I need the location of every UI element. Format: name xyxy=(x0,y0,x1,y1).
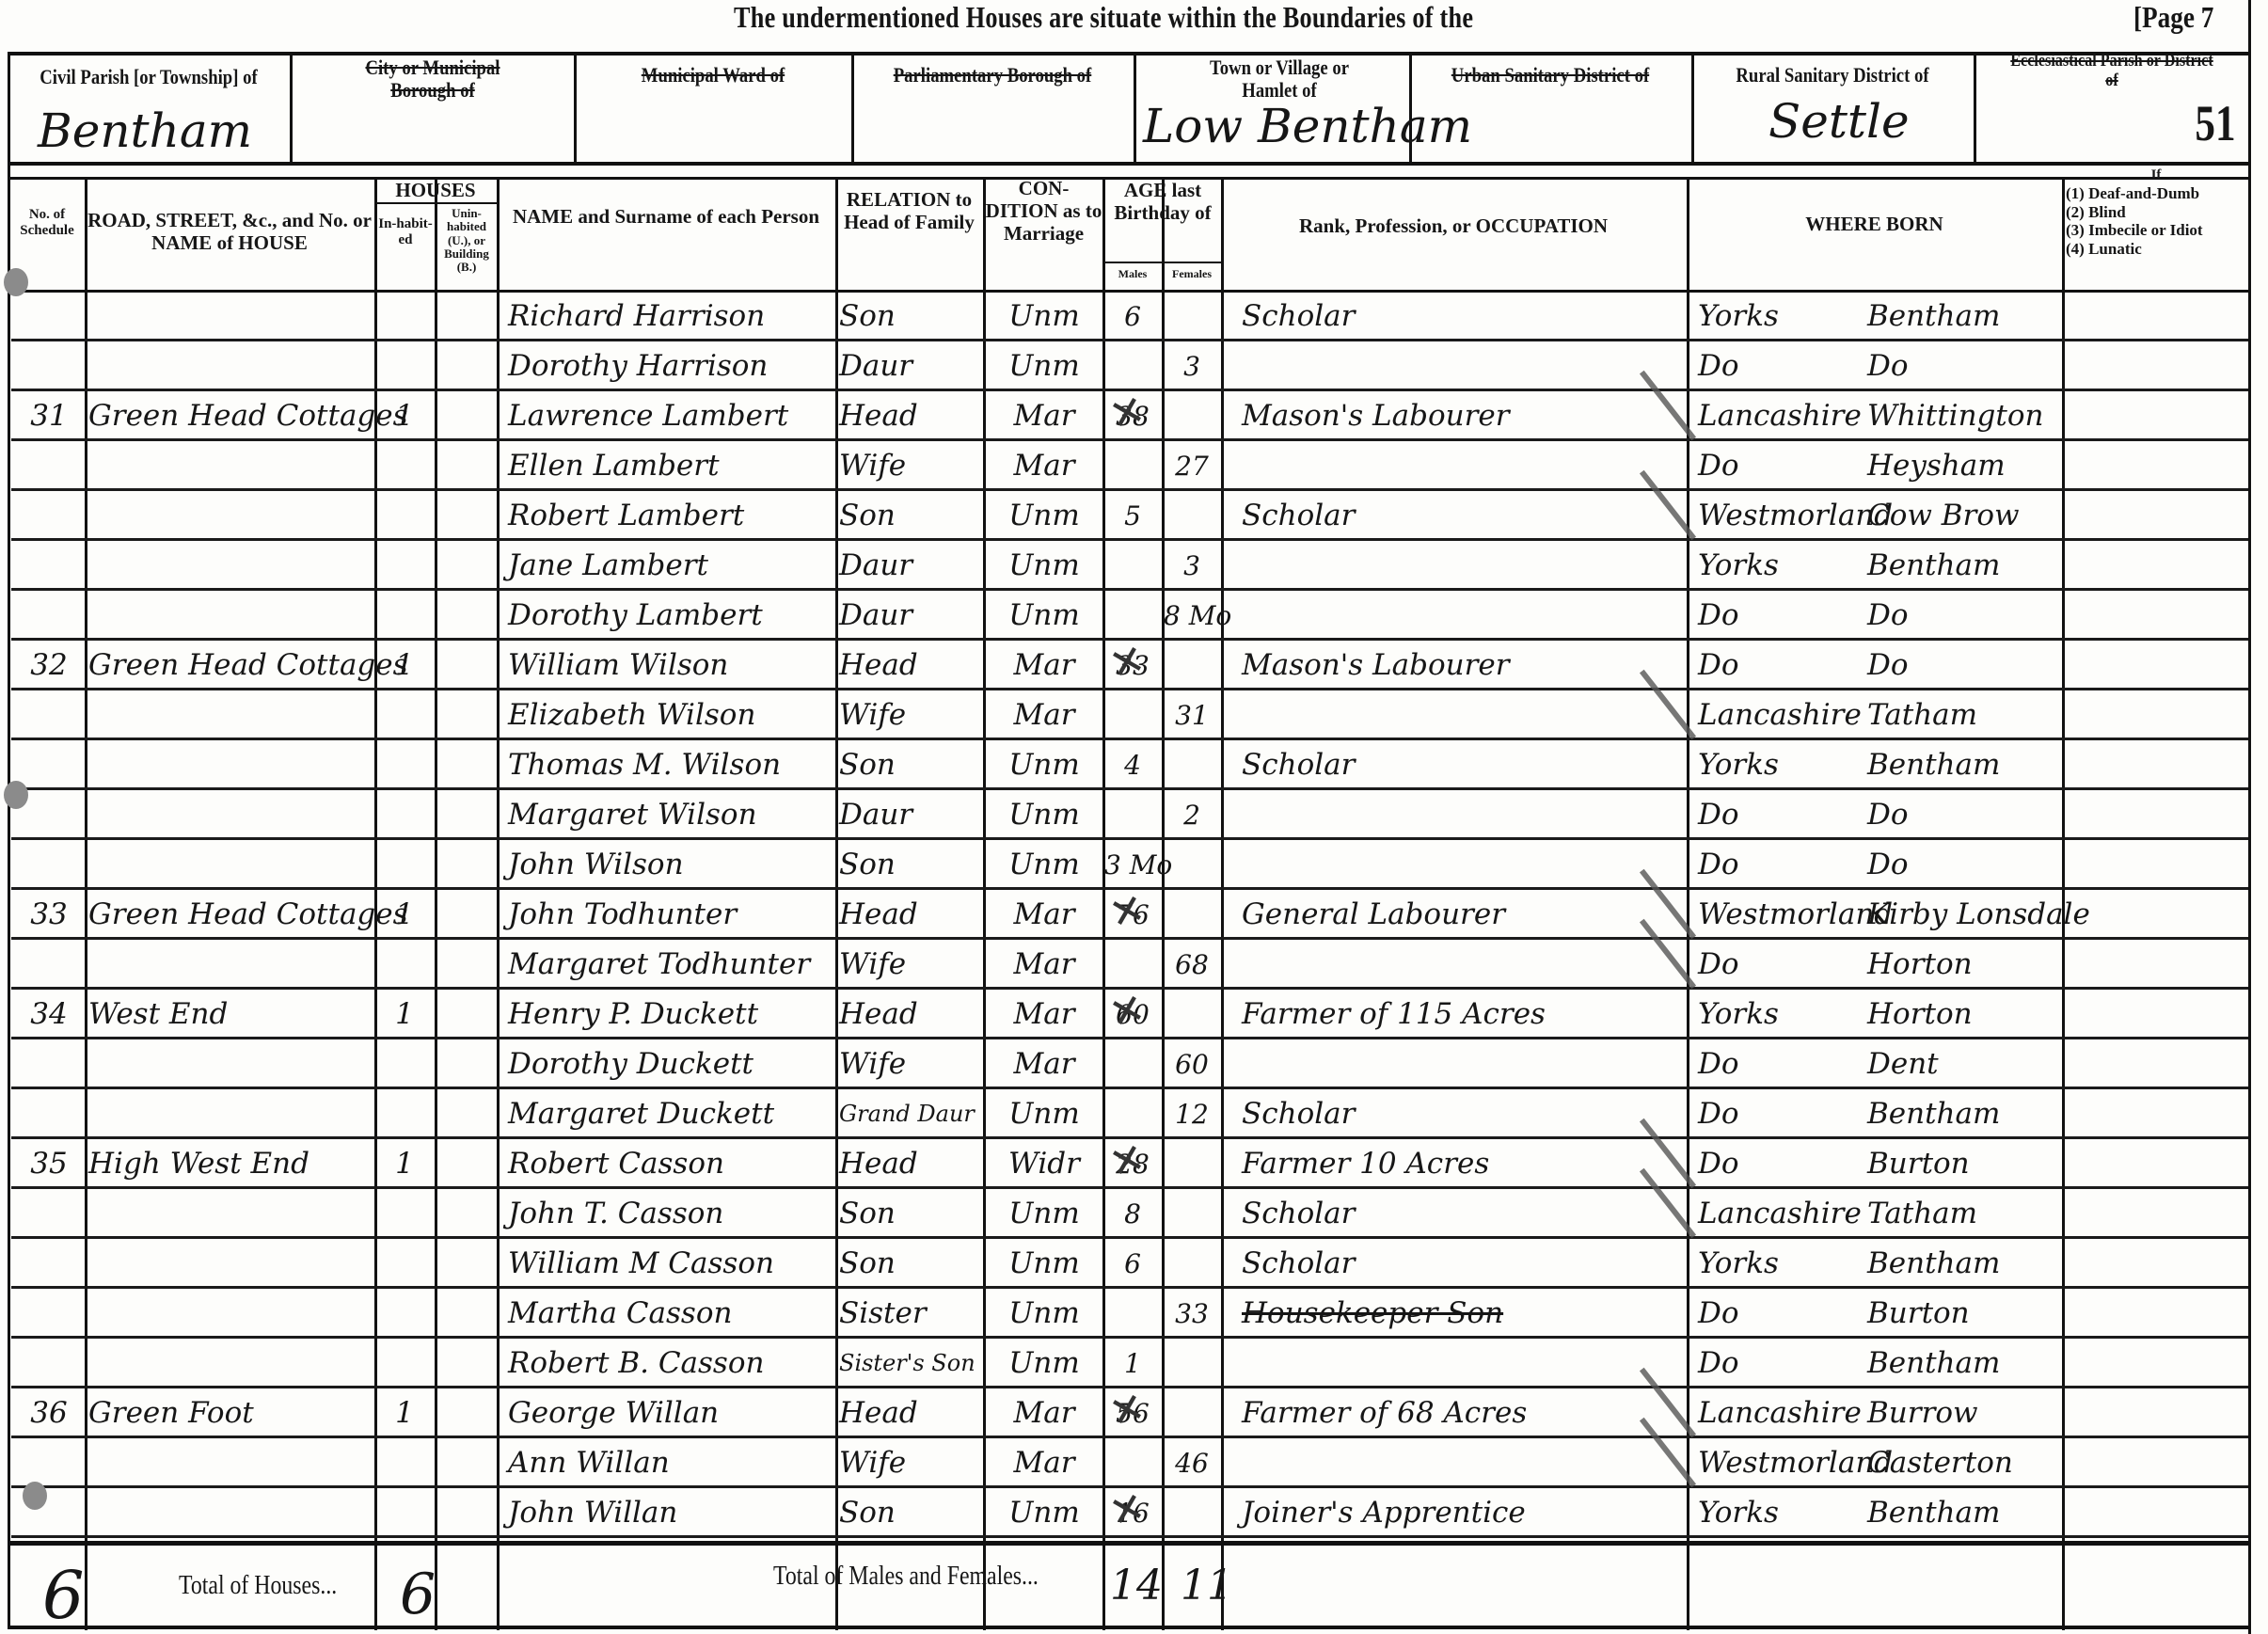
col-name: NAME and Surname of each Person xyxy=(499,205,833,228)
marital-condition: Unm xyxy=(988,1488,1101,1538)
total-houses-label: Total of Houses... xyxy=(179,1571,337,1601)
male-age: 1 xyxy=(1104,1339,1161,1388)
occupation: Scholar xyxy=(1242,1089,1684,1139)
house-address: High West End xyxy=(88,1139,371,1189)
female-age: 3 xyxy=(1164,341,1220,391)
occupation: Scholar xyxy=(1242,1189,1684,1239)
birth-place: Tatham xyxy=(1867,690,2060,740)
birth-county: Lancashire xyxy=(1698,1388,1867,1438)
relation: Head xyxy=(839,641,980,690)
birth-county: Do xyxy=(1698,1339,1867,1388)
col-inhabited: In-habit-ed xyxy=(376,216,435,247)
birth-county: Do xyxy=(1698,840,1867,890)
divider xyxy=(1691,54,1694,164)
birth-county: Yorks xyxy=(1698,1239,1867,1289)
marital-condition: Unm xyxy=(988,491,1101,541)
occupation: Mason's Labourer xyxy=(1242,391,1684,441)
total-persons-label: Total of Males and Females... xyxy=(773,1562,1039,1592)
birth-county: Do xyxy=(1698,1089,1867,1139)
birth-place: Burton xyxy=(1867,1139,2060,1189)
infirmity-item: (1) Deaf-and-Dumb xyxy=(2066,184,2250,203)
marital-condition: Unm xyxy=(988,1239,1101,1289)
person-name: Margaret Todhunter xyxy=(508,940,833,990)
birth-county: Do xyxy=(1698,1139,1867,1189)
person-name: William M Casson xyxy=(508,1239,833,1289)
birth-county: Do xyxy=(1698,1289,1867,1339)
person-name: Richard Harrison xyxy=(508,292,833,341)
inhabited-count: 1 xyxy=(376,990,433,1039)
punch-hole xyxy=(4,781,28,809)
person-name: Robert Lambert xyxy=(508,491,833,541)
marital-condition: Mar xyxy=(988,391,1101,441)
marital-condition: Mar xyxy=(988,690,1101,740)
marital-condition: Mar xyxy=(988,441,1101,491)
inhabited-count: 1 xyxy=(376,1388,433,1438)
marital-condition: Mar xyxy=(988,1388,1101,1438)
total-houses-value: 6 xyxy=(400,1562,436,1627)
birth-place: Bentham xyxy=(1867,1488,2060,1538)
female-age: 2 xyxy=(1164,790,1220,840)
birth-county: Do xyxy=(1698,441,1867,491)
occupation: Scholar xyxy=(1242,1239,1684,1289)
birth-place: Do xyxy=(1867,790,2060,840)
birth-county: Yorks xyxy=(1698,292,1867,341)
female-age: 3 xyxy=(1164,541,1220,591)
page-number: [Page 7 xyxy=(2133,0,2213,35)
birth-place: Do xyxy=(1867,840,2060,890)
relation: Head xyxy=(839,990,980,1039)
column-rule xyxy=(435,177,437,1630)
occupation: Joiner's Apprentice xyxy=(1242,1488,1684,1538)
female-age: 12 xyxy=(1164,1089,1220,1139)
person-name: John Todhunter xyxy=(508,890,833,940)
relation: Head xyxy=(839,890,980,940)
birth-county: Lancashire xyxy=(1698,1189,1867,1239)
person-name: Thomas M. Wilson xyxy=(508,740,833,790)
person-name: Jane Lambert xyxy=(508,541,833,591)
occupation: Housekeeper Son xyxy=(1242,1289,1684,1339)
relation: Sister xyxy=(839,1289,980,1339)
birth-place: Bentham xyxy=(1867,1339,2060,1388)
birth-county: Do xyxy=(1698,940,1867,990)
column-rule xyxy=(497,177,500,1630)
marital-condition: Widr xyxy=(988,1139,1101,1189)
divider xyxy=(851,54,854,164)
occupation: General Labourer xyxy=(1242,890,1684,940)
marital-condition: Unm xyxy=(988,740,1101,790)
column-rule xyxy=(1687,177,1689,1630)
birth-place: Horton xyxy=(1867,990,2060,1039)
relation: Daur xyxy=(839,541,980,591)
relation: Son xyxy=(839,491,980,541)
birth-county: Yorks xyxy=(1698,1488,1867,1538)
totals-bottom-rule xyxy=(8,1626,2251,1629)
person-name: George Willan xyxy=(508,1388,833,1438)
relation: Son xyxy=(839,1488,980,1538)
divider xyxy=(1134,54,1136,164)
person-name: Dorothy Lambert xyxy=(508,591,833,641)
relation: Grand Daur xyxy=(839,1089,980,1139)
totals-top-rule xyxy=(8,1541,2251,1546)
person-name: Lawrence Lambert xyxy=(508,391,833,441)
occupation: Farmer 10 Acres xyxy=(1242,1139,1684,1189)
person-name: Margaret Duckett xyxy=(508,1089,833,1139)
birth-county: Do xyxy=(1698,341,1867,391)
col-infirmity-title: If xyxy=(2064,167,2248,183)
birth-place: Burrow xyxy=(1867,1388,2060,1438)
birth-place: Bentham xyxy=(1867,1089,2060,1139)
female-age: 33 xyxy=(1164,1289,1220,1339)
infirmity-item: (4) Lunatic xyxy=(2066,240,2250,259)
field-label-rural-sanitary: Rural Sanitary District of xyxy=(1714,64,1951,87)
birth-place: Bentham xyxy=(1867,292,2060,341)
occupation: Scholar xyxy=(1242,292,1684,341)
relation: Daur xyxy=(839,341,980,391)
male-age: 6 xyxy=(1104,292,1161,341)
marital-condition: Unm xyxy=(988,1289,1101,1339)
birth-place: Casterton xyxy=(1867,1438,2060,1488)
field-value-civil-parish: Bentham xyxy=(38,103,252,158)
birth-county: Lancashire xyxy=(1698,391,1867,441)
birth-county: Do xyxy=(1698,790,1867,840)
birth-place: Whittington xyxy=(1867,391,2060,441)
marital-condition: Unm xyxy=(988,341,1101,391)
house-address: Green Head Cottages xyxy=(88,641,371,690)
female-age: 27 xyxy=(1164,441,1220,491)
marital-condition: Unm xyxy=(988,1339,1101,1388)
person-name: John Willan xyxy=(508,1488,833,1538)
birth-place: Do xyxy=(1867,641,2060,690)
female-age: 8 Mo xyxy=(1164,591,1220,641)
birth-place: Kirby Lonsdale xyxy=(1867,890,2060,940)
marital-condition: Unm xyxy=(988,790,1101,840)
col-where-born: WHERE BORN xyxy=(1689,213,2060,235)
female-age: 46 xyxy=(1164,1438,1220,1488)
col-schedule: No. of Schedule xyxy=(9,207,85,238)
birth-place: Burton xyxy=(1867,1289,2060,1339)
column-rule xyxy=(1221,177,1224,1630)
person-name: Elizabeth Wilson xyxy=(508,690,833,740)
inhabited-count: 1 xyxy=(376,1139,433,1189)
occupation: Scholar xyxy=(1242,740,1684,790)
punch-hole xyxy=(23,1482,47,1510)
relation: Wife xyxy=(839,441,980,491)
relation: Wife xyxy=(839,690,980,740)
birth-county: Do xyxy=(1698,1039,1867,1089)
relation: Son xyxy=(839,840,980,890)
female-age: 31 xyxy=(1164,690,1220,740)
header-top-rule xyxy=(8,52,2251,56)
field-label-parliamentary-borough: Parliamentary Borough of xyxy=(874,64,1111,87)
punch-hole xyxy=(4,268,28,296)
col-relation: RELATION to Head of Family xyxy=(835,188,983,233)
marital-condition: Mar xyxy=(988,1039,1101,1089)
relation: Son xyxy=(839,740,980,790)
person-name: Margaret Wilson xyxy=(508,790,833,840)
field-value-town-village: Low Bentham xyxy=(1143,99,1472,153)
house-address: West End xyxy=(88,990,371,1039)
marital-condition: Mar xyxy=(988,641,1101,690)
relation: Wife xyxy=(839,1438,980,1488)
field-label-municipal-ward: Municipal Ward of xyxy=(596,64,830,87)
col-males: Males xyxy=(1104,268,1161,280)
birth-place: Do xyxy=(1867,591,2060,641)
divider xyxy=(290,54,293,164)
document-title: The undermentioned Houses are situate wi… xyxy=(734,0,1473,35)
birth-county: Yorks xyxy=(1698,990,1867,1039)
marital-condition: Unm xyxy=(988,292,1101,341)
col-occupation: Rank, Profession, or OCCUPATION xyxy=(1223,214,1684,237)
schedule-number: 32 xyxy=(11,641,87,690)
divider xyxy=(1974,54,1976,164)
person-name: William Wilson xyxy=(508,641,833,690)
infirmity-item: (2) Blind xyxy=(2066,203,2250,222)
schedule-number: 31 xyxy=(11,391,87,441)
male-age: 3 Mo xyxy=(1104,840,1161,890)
relation: Head xyxy=(839,1139,980,1189)
relation: Son xyxy=(839,292,980,341)
header-bottom-rule xyxy=(8,162,2251,166)
birth-place: Horton xyxy=(1867,940,2060,990)
birth-place: Dent xyxy=(1867,1039,2060,1089)
relation: Wife xyxy=(839,940,980,990)
marital-condition: Mar xyxy=(988,990,1101,1039)
birth-place: Tatham xyxy=(1867,1189,2060,1239)
person-name: Dorothy Duckett xyxy=(508,1039,833,1089)
house-address: Green Head Cottages xyxy=(88,391,371,441)
marital-condition: Unm xyxy=(988,541,1101,591)
divider xyxy=(574,54,577,164)
birth-place: Bentham xyxy=(1867,740,2060,790)
col-condition: CON-DITION as to Marriage xyxy=(985,177,1102,245)
male-age: 4 xyxy=(1104,740,1161,790)
field-label-urban-sanitary: Urban Sanitary District of xyxy=(1432,64,1669,87)
schedule-number: 34 xyxy=(11,990,87,1039)
birth-county: Westmorland xyxy=(1698,890,1867,940)
column-rule xyxy=(1162,177,1165,1630)
male-age: 5 xyxy=(1104,491,1161,541)
relation: Son xyxy=(839,1189,980,1239)
person-name: John T. Casson xyxy=(508,1189,833,1239)
occupation: Scholar xyxy=(1242,491,1684,541)
person-name: Ann Willan xyxy=(508,1438,833,1488)
birth-place: Do xyxy=(1867,341,2060,391)
birth-county: Lancashire xyxy=(1698,690,1867,740)
birth-county: Yorks xyxy=(1698,541,1867,591)
marital-condition: Unm xyxy=(988,1089,1101,1139)
occupation: Farmer of 68 Acres xyxy=(1242,1388,1684,1438)
relation: Son xyxy=(839,1239,980,1289)
relation: Daur xyxy=(839,591,980,641)
birth-place: Heysham xyxy=(1867,441,2060,491)
relation: Head xyxy=(839,391,980,441)
col-infirmity-list: (1) Deaf-and-Dumb (2) Blind (3) Imbecile… xyxy=(2066,184,2250,258)
column-rule xyxy=(983,177,986,1630)
total-males: 14 xyxy=(1110,1562,1163,1610)
occupation: Farmer of 115 Acres xyxy=(1242,990,1684,1039)
male-age: 8 xyxy=(1104,1189,1161,1239)
relation: Sister's Son xyxy=(839,1339,980,1388)
birth-county: Westmorland xyxy=(1698,491,1867,541)
infirmity-item: (3) Imbecile or Idiot xyxy=(2066,221,2250,240)
marital-condition: Mar xyxy=(988,1438,1101,1488)
total-females: 11 xyxy=(1181,1562,1233,1610)
schedule-number: 33 xyxy=(11,890,87,940)
field-label-municipal-borough: City or Municipal Borough of xyxy=(337,56,529,102)
house-address: Green Head Cottages xyxy=(88,890,371,940)
relation: Head xyxy=(839,1388,980,1438)
birth-place: Bentham xyxy=(1867,541,2060,591)
column-rule xyxy=(835,177,838,1630)
inhabited-count: 1 xyxy=(376,641,433,690)
birth-county: Yorks xyxy=(1698,740,1867,790)
marital-condition: Mar xyxy=(988,890,1101,940)
schedule-number: 36 xyxy=(11,1388,87,1438)
person-name: Henry P. Duckett xyxy=(508,990,833,1039)
enumeration-district-number: 51 xyxy=(2195,94,2235,152)
marital-condition: Unm xyxy=(988,591,1101,641)
person-name: Ellen Lambert xyxy=(508,441,833,491)
relation: Daur xyxy=(839,790,980,840)
birth-place: Bentham xyxy=(1867,1239,2060,1289)
schedule-number: 35 xyxy=(11,1139,87,1189)
marital-condition: Unm xyxy=(988,1189,1101,1239)
total-schedules: 6 xyxy=(42,1557,85,1634)
occupation: Mason's Labourer xyxy=(1242,641,1684,690)
relation: Wife xyxy=(839,1039,980,1089)
field-label-ecclesiastical-parish: Ecclesiastical Parish or District of xyxy=(2004,52,2220,91)
female-age: 60 xyxy=(1164,1039,1220,1089)
male-age: 6 xyxy=(1104,1239,1161,1289)
person-name: Robert B. Casson xyxy=(508,1339,833,1388)
female-age: 68 xyxy=(1164,940,1220,990)
person-name: Robert Casson xyxy=(508,1139,833,1189)
house-address: Green Foot xyxy=(88,1388,371,1438)
col-road: ROAD, STREET, &c., and No. or NAME of HO… xyxy=(87,209,373,254)
birth-place: Cow Brow xyxy=(1867,491,2060,541)
person-name: John Wilson xyxy=(508,840,833,890)
birth-county: Westmorland xyxy=(1698,1438,1867,1488)
inhabited-count: 1 xyxy=(376,391,433,441)
field-label-civil-parish: Civil Parish [or Township] of xyxy=(29,66,269,88)
birth-county: Do xyxy=(1698,641,1867,690)
field-label-town-village: Town or Village or Hamlet of xyxy=(1199,56,1359,102)
col-uninhabited: Unin-habited (U.), or Building (B.) xyxy=(436,207,497,274)
field-value-rural-sanitary: Settle xyxy=(1768,94,1910,149)
marital-condition: Unm xyxy=(988,840,1101,890)
inhabited-count: 1 xyxy=(376,890,433,940)
person-name: Dorothy Harrison xyxy=(508,341,833,391)
birth-county: Do xyxy=(1698,591,1867,641)
marital-condition: Mar xyxy=(988,940,1101,990)
person-name: Martha Casson xyxy=(508,1289,833,1339)
col-females: Females xyxy=(1164,268,1220,280)
